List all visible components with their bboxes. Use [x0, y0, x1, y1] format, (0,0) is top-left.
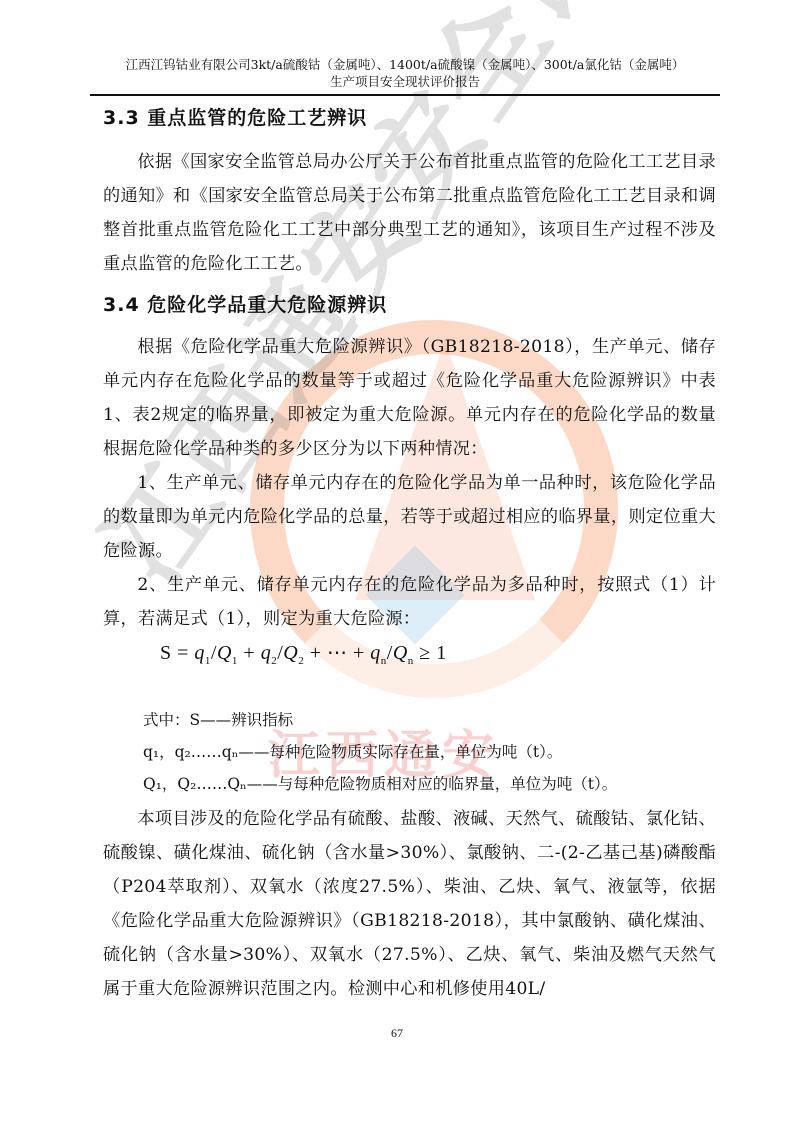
formula-eq-sign: = — [177, 642, 189, 664]
formula-term: Q — [283, 642, 298, 664]
definition-q: q₁，q₂……qₙ——每种危险物质实际存在量，单位为吨（t）。 — [143, 736, 723, 768]
page-header: 江西江钨钴业有限公司3kt/a硫酸钴（金属吨）、1400t/a硫酸镍（金属吨）、… — [90, 56, 720, 90]
formula-sub: 1 — [232, 655, 238, 667]
definition-Q: Q₁，Q₂……Qₙ——与每种危险物质相对应的临界量，单位为吨（t）。 — [143, 768, 723, 800]
formula-term: Q — [393, 642, 408, 664]
formula-sub: 2 — [271, 655, 277, 667]
formula-term: q — [370, 642, 381, 664]
formula-term: q — [261, 642, 272, 664]
section-3-4-paragraph-1: 根据《危险化学品重大危险源辨识》（GB18218-2018），生产单元、储存单元… — [103, 330, 716, 466]
header-line-2: 生产项目安全现状评价报告 — [90, 73, 720, 90]
section-3-3-heading: 3.3 重点监管的危险工艺辨识 — [103, 103, 367, 130]
formula-sub: n — [408, 655, 414, 667]
page-number: 67 — [0, 1026, 794, 1041]
formula-lhs: S — [160, 642, 172, 664]
definition-s: 式中：S——辨识指标 — [143, 704, 723, 736]
formula-sub: 1 — [205, 655, 211, 667]
header-line-1: 江西江钨钴业有限公司3kt/a硫酸钴（金属吨）、1400t/a硫酸镍（金属吨）、… — [90, 56, 720, 73]
formula-ellipsis: ⋯ — [327, 642, 348, 664]
formula-term: Q — [217, 642, 232, 664]
formula-equation: S = q1/Q1 + q2/Q2 + ⋯ + qn/Qn ≥ 1 — [160, 640, 447, 667]
formula-definitions: 式中：S——辨识指标 q₁，q₂……qₙ——每种危险物质实际存在量，单位为吨（t… — [143, 704, 723, 800]
formula-term: q — [194, 642, 205, 664]
section-3-4-paragraph-2: 本项目涉及的危险化学品有硫酸、盐酸、液碱、天然气、硫酸钴、氯化钴、硫酸镍、磺化煤… — [103, 802, 716, 1006]
section-3-3-paragraph: 依据《国家安全监管总局办公厅关于公布首批重点监管的危险化工工艺目录的通知》和《国… — [103, 145, 716, 281]
header-divider — [90, 94, 720, 96]
formula-relation: ≥ 1 — [419, 642, 446, 664]
case-2-paragraph: 2、生产单元、储存单元内存在的危险化学品为多品种时，按照式（1）计算，若满足式（… — [103, 568, 716, 636]
case-1-paragraph: 1、生产单元、储存单元内存在的危险化学品为单一品种时，该危险化学品的数量即为单元… — [103, 466, 716, 568]
formula-sub: 2 — [298, 655, 304, 667]
formula-sub: n — [381, 655, 387, 667]
section-3-4-heading: 3.4 危险化学品重大危险源辨识 — [103, 290, 387, 317]
